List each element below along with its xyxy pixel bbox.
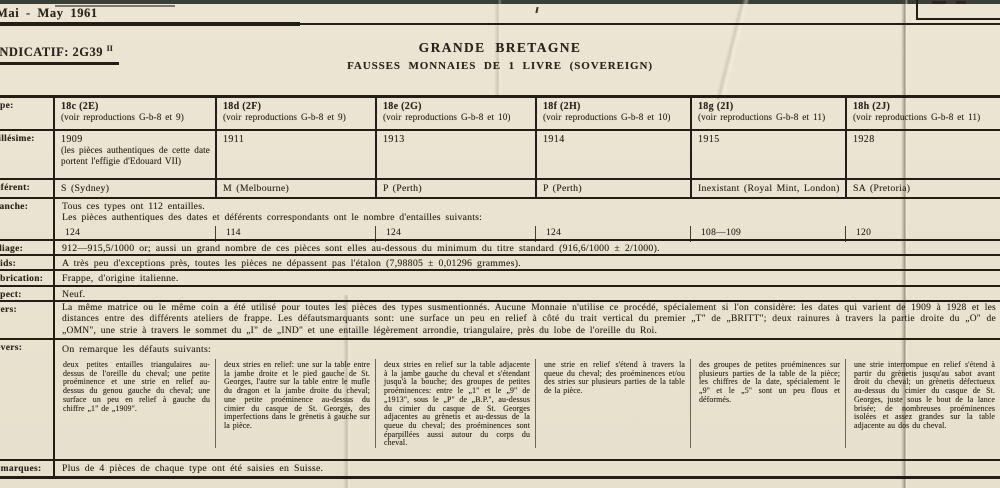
revers-column: des groupes de petites proéminences sur …	[690, 359, 845, 448]
row-label: Tranche:	[0, 199, 55, 242]
poids-text: A très peu d'exceptions près, toutes les…	[55, 256, 1000, 269]
deferent-cell: S (Sydney)	[55, 180, 215, 197]
table-row-poids: Poids: A très peu d'exceptions près, tou…	[0, 256, 1000, 271]
revers-column: une strie en relief s'étend à travers la…	[535, 359, 690, 448]
table-row-millesime: Millésime: 1909 (les pièces authentiques…	[0, 131, 1000, 180]
type-cell: 18g (2I) (voir reproductions G-b-8 et 11…	[690, 98, 845, 129]
revers-column: deux petites entailles triangulaires au-…	[55, 359, 215, 448]
millesime-cell: 1909 (les pièces authentiques de cette d…	[55, 131, 215, 178]
entailles-value: 124	[375, 226, 535, 242]
row-label: Revers:	[0, 340, 55, 459]
deferent-cell: Inexistant (Royal Mint, London)	[690, 180, 845, 197]
entailles-value: 120	[845, 226, 1000, 242]
deferent-cell: P (Perth)	[375, 180, 535, 197]
row-label: Poids:	[0, 256, 55, 269]
entailles-value: 124	[535, 226, 690, 242]
page-title: GRANDE BRETAGNE	[0, 40, 1000, 56]
table-row-avers: Avers: La même matrice ou le même coin a…	[0, 302, 1000, 340]
date-line: Mai - May 1961	[0, 6, 98, 21]
entailles-value: 108—109	[690, 226, 845, 242]
revers-columns: deux petites entailles triangulaires au-…	[55, 359, 996, 448]
deferent-cell: SA (Pretoria)	[845, 180, 1000, 197]
table-row-type: Type: 18c (2E) (voir reproductions G-b-8…	[0, 98, 1000, 131]
row-label: Déférent:	[0, 180, 55, 197]
revers-column: une strie interrompue en relief s'étend …	[845, 359, 1000, 448]
fabrication-text: Frappe, d'origine italienne.	[55, 271, 1000, 285]
table-row-remarques: Remarques: Plus de 4 pièces de chaque ty…	[0, 461, 1000, 479]
row-label: Remarques:	[0, 461, 55, 476]
revers-column: deux stries en relief: une sur la table …	[215, 359, 375, 448]
deferent-cell: M (Melbourne)	[215, 180, 375, 197]
entailles-value: 124	[55, 226, 215, 242]
table-row-deferent: Déférent: S (Sydney) M (Melbourne) P (Pe…	[0, 180, 1000, 199]
deferent-cell: P (Perth)	[535, 180, 690, 197]
tranche-line1: Tous ces types ont 112 entailles.	[62, 201, 996, 212]
cropped-text-mark	[932, 1, 946, 4]
table-row-revers: Revers: On remarque les défauts suivants…	[0, 340, 1000, 461]
table-row-alliage: Alliage: 912—915,5/1000 or; aussi un gra…	[0, 241, 1000, 256]
type-cell: 18f (2H) (voir reproductions G-b-8 et 10…	[535, 98, 690, 129]
row-label: Avers:	[0, 302, 55, 338]
aspect-text: Neuf.	[55, 287, 1000, 300]
millesime-cell: 1928	[845, 131, 1000, 178]
row-label: Fabrication:	[0, 271, 55, 285]
ink-speck	[535, 7, 538, 13]
entailles-value: 114	[215, 226, 375, 242]
table-row-tranche: Tranche: Tous ces types ont 112 entaille…	[0, 199, 1000, 241]
type-cell: 18d (2F) (voir reproductions G-b-8 et 9)	[215, 98, 375, 129]
millesime-cell: 1914	[535, 131, 690, 178]
page-subtitle: FAUSSES MONNAIES DE 1 LIVRE (SOVEREIGN)	[0, 60, 1000, 72]
millesime-cell: 1913	[375, 131, 535, 178]
scanned-document-page: Mai - May 1961 INDICATIF: 2G39 II GRANDE…	[0, 0, 1000, 488]
millesime-cell: 1911	[215, 131, 375, 178]
revers-column: deux stries en relief sur la table adjac…	[375, 359, 535, 448]
tranche-content: Tous ces types ont 112 entailles. Les pi…	[55, 199, 1000, 242]
horizontal-rule-heavy	[0, 22, 300, 26]
millesime-cell: 1915	[690, 131, 845, 178]
revers-intro: On remarque les défauts suivants:	[62, 342, 996, 359]
scan-top-edge	[0, 0, 1000, 4]
revers-content: On remarque les défauts suivants: deux p…	[55, 340, 1000, 459]
alliage-text: 912—915,5/1000 or; aussi un grand nombre…	[55, 241, 1000, 254]
table-row-fabrication: Fabrication: Frappe, d'origine italienne…	[0, 271, 1000, 287]
row-label: Type:	[0, 98, 55, 129]
title-block: GRANDE BRETAGNE FAUSSES MONNAIES DE 1 LI…	[0, 40, 1000, 72]
row-label: Alliage:	[0, 241, 55, 254]
type-cell: 18h (2J) (voir reproductions G-b-8 et 11…	[845, 98, 1000, 129]
coin-types-table: Type: 18c (2E) (voir reproductions G-b-8…	[0, 95, 1000, 479]
entailles-sub-row: 124 114 124 124 108—109 120	[55, 226, 996, 242]
row-label: Millésime:	[0, 131, 55, 178]
remarques-text: Plus de 4 pièces de chaque type ont été …	[55, 461, 1000, 476]
row-label: Aspect:	[0, 287, 55, 300]
type-cell: 18c (2E) (voir reproductions G-b-8 et 9)	[55, 98, 215, 129]
table-row-aspect: Aspect: Neuf.	[0, 287, 1000, 302]
avers-text: La même matrice ou le même coin a été ut…	[55, 302, 1000, 338]
tranche-line2: Les pièces authentiques des dates et déf…	[62, 212, 996, 223]
type-cell: 18e (2G) (voir reproductions G-b-8 et 10…	[375, 98, 535, 129]
cropped-text-mark	[956, 1, 966, 4]
